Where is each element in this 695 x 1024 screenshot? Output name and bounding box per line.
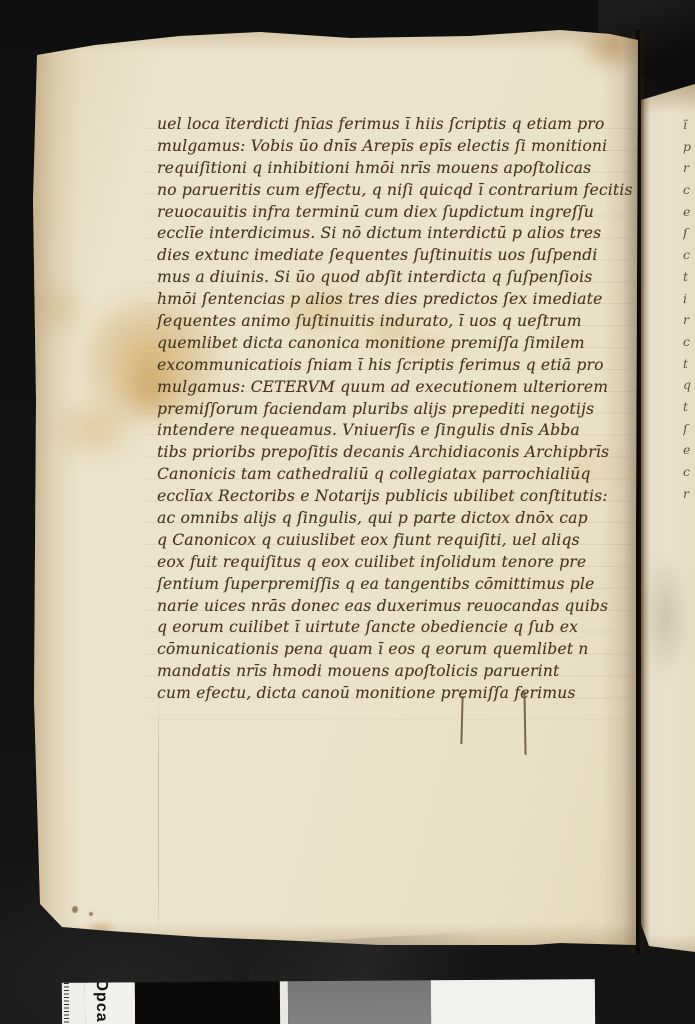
manuscript-line: eox fuit requiſitus q eox cuilibet inſol… bbox=[157, 552, 651, 574]
gray-patch bbox=[288, 980, 431, 1024]
strip-label: Opca bbox=[92, 982, 110, 1022]
manuscript-page: uel loca īterdicti ſnīas ferimus ī hiis … bbox=[33, 28, 638, 945]
manuscript-line: uel loca īterdicti ſnīas ferimus ī hiis … bbox=[157, 114, 651, 136]
manuscript-line: cōmunicationis pena quam ī eos q eorum q… bbox=[157, 639, 651, 661]
manuscript-line: premiſſorum faciendam pluribs alijs prep… bbox=[157, 399, 651, 421]
manuscript-line: quemlibet dicta canonica monitione premi… bbox=[157, 333, 651, 355]
white-patch bbox=[431, 979, 595, 1024]
manuscript-text-block: uel loca īterdicti ſnīas ferimus ī hiis … bbox=[157, 114, 651, 705]
manuscript-line: tibs prioribs prepoſitis decanis Archidi… bbox=[157, 442, 651, 464]
manuscript-line: ſequentes animo ſuſtinuitis indurato, ī … bbox=[157, 311, 651, 333]
stain bbox=[83, 920, 119, 936]
stain bbox=[47, 392, 141, 466]
manuscript-photo: ĩprceſctirctqtſecr uel loca īterdicti ſn… bbox=[0, 0, 695, 1024]
manuscript-line: ecclīe interdicimus. Si nō dictum interd… bbox=[157, 223, 651, 245]
facing-page-edge: ĩprceſctirctqtſecr bbox=[641, 84, 695, 952]
manuscript-line: excommunicatiois ſniam ī his ſcriptis fe… bbox=[157, 355, 651, 377]
manuscript-line: cum efectu, dicta canoū monitione premiſ… bbox=[157, 683, 651, 705]
ink-speck bbox=[72, 906, 78, 913]
manuscript-line: ſentium ſuperpremiſſis q ea tangentibs c… bbox=[157, 574, 651, 596]
black-patch bbox=[135, 981, 280, 1024]
manuscript-line: q eorum cuilibet ī uirtute ſancte obedie… bbox=[157, 617, 651, 639]
manuscript-line: hmōi ſentencias p alios tres dies predic… bbox=[157, 289, 651, 311]
calibration-strip: Opca bbox=[62, 979, 595, 1024]
manuscript-line: mus a diuinis. Si ūo quod abſit interdic… bbox=[157, 267, 651, 289]
strip-label-segment: Opca bbox=[85, 982, 135, 1024]
manuscript-line: narie uices nrās donec eas duxerimus reu… bbox=[157, 596, 651, 618]
manuscript-line: Canonicis tam cathedraliū q collegiatax … bbox=[157, 464, 651, 486]
manuscript-line: dies extunc imediate ſequentes ſuſtinuit… bbox=[157, 245, 651, 267]
ruler-segment bbox=[62, 983, 85, 1024]
ink-speck bbox=[89, 912, 93, 916]
manuscript-line: ac omnibs alijs q ſingulis, qui p parte … bbox=[157, 508, 651, 530]
page-edge-shading bbox=[641, 84, 695, 952]
parchment-crease bbox=[158, 688, 159, 940]
manuscript-line: intendere nequeamus. Vniuerſis e ſinguli… bbox=[157, 420, 651, 442]
manuscript-line: mulgamus: CETERVM quum ad executionem ul… bbox=[157, 377, 651, 399]
manuscript-line: no parueritis cum effectu, q niſi quicqd… bbox=[157, 180, 651, 202]
manuscript-line: reuocauitis infra terminū cum diex ſupdi… bbox=[157, 202, 651, 224]
stain bbox=[27, 276, 91, 338]
manuscript-line: mulgamus: Vobis ūo dnīs Arepīs epīs elec… bbox=[157, 136, 651, 158]
manuscript-line: ecclīax Rectoribs e Notarijs publicis ub… bbox=[157, 486, 651, 508]
manuscript-line: requiſitioni q inhibitioni hmōi nrīs mou… bbox=[157, 158, 651, 180]
ink-descender bbox=[460, 696, 463, 744]
manuscript-line: q Canonicox q cuiuslibet eox fiunt requi… bbox=[157, 530, 651, 552]
manuscript-line: mandatis nrīs hmodi mouens apoſtolicis p… bbox=[157, 661, 651, 683]
